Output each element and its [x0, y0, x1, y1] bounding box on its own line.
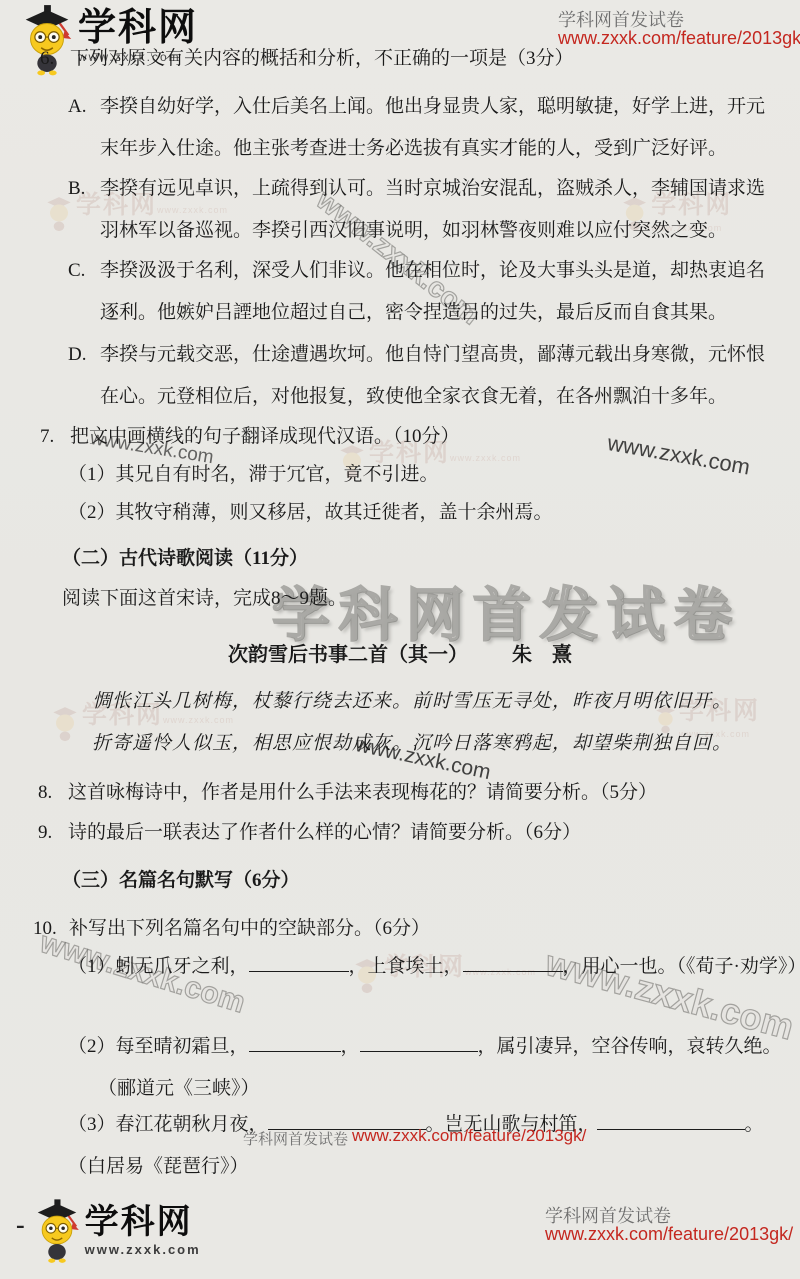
- logo-site-text: 学科网: [85, 1204, 201, 1240]
- zxxk-logo-footer: - 学科网 www.zxxk.com: [16, 1196, 201, 1264]
- option-text: 李揆有远见卓识，上疏得到认可。当时京城治安混乱，盗贼杀人，李辅国请求选羽林军以备…: [100, 168, 774, 252]
- item-text: （2）每至晴初霜旦，: [68, 1036, 249, 1057]
- item-text: ，: [341, 1036, 360, 1057]
- answer-blank: [249, 1036, 341, 1052]
- question-7: 7. 把文中画横线的句子翻译成现代汉语。（10分）: [40, 424, 780, 450]
- option-a: A. 李揆自幼好学，入仕后美名上闻。他出身显贵人家，聪明敏捷，好学上进，开元末年…: [68, 86, 774, 170]
- logo-url-text: www.zxxk.com: [85, 1242, 201, 1257]
- option-d: D. 李揆与元载交恶，仕途遭遇坎坷。他自恃门望高贵，鄙薄元载出身寒微，元怀恨在心…: [68, 334, 774, 418]
- item-text: ，用心一也。（《荀子·劝学》）: [563, 956, 800, 977]
- poem-author: 朱 熹: [512, 644, 572, 666]
- question-6: 6. 下列对原文有关内容的概括和分析，不正确的一项是（3分）: [40, 46, 780, 72]
- question-10: 10. 补写出下列名篇名句中的空缺部分。（6分）: [33, 916, 779, 942]
- watermark-url-text: www.zxxk.com: [163, 715, 234, 725]
- question-10-item-2: （2）每至晴初霜旦，，，属引凄异，空谷传响，哀转久绝。（郦道元《三峡》）: [68, 1026, 800, 1110]
- answer-blank: [463, 956, 563, 972]
- item-text: ，上食埃土，: [349, 956, 463, 977]
- section-2-intro: 阅读下面这首宋诗，完成8～9题。: [62, 586, 347, 612]
- question-number: 7.: [40, 424, 70, 450]
- question-7-sub-2: （2）其牧守稍薄，则又移居，故其迁徙者，盖十余州焉。: [68, 500, 553, 526]
- poem-title: 次韵雪后书事二首（其一）: [228, 644, 468, 666]
- mascot-icon: [48, 702, 82, 744]
- answer-blank: [268, 1114, 426, 1130]
- question-8: 8. 这首咏梅诗中，作者是用什么手法来表现梅花的？请简要分析。（5分）: [38, 780, 778, 806]
- option-label: C.: [68, 250, 100, 334]
- watermark-url-text: www.zxxk.com: [450, 453, 521, 463]
- poem-line-1: 惆怅江头几树梅，杖藜行绕去还来。前时雪压无寻处，昨夜月明依旧开。: [92, 686, 732, 713]
- logo-dash: -: [16, 1210, 25, 1240]
- item-text: 。岂无山歌与村笛，: [426, 1114, 597, 1135]
- section-3-title: （三）名篇名句默写（6分）: [62, 868, 300, 894]
- question-stem: 补写出下列名篇名句中的空缺部分。（6分）: [69, 916, 430, 942]
- question-9: 9. 诗的最后一联表达了作者什么样的心情？请简要分析。（6分）: [38, 820, 778, 846]
- section-2-title: （二）古代诗歌阅读（11分）: [62, 546, 308, 572]
- question-10-item-3: （3）春江花朝秋月夜，。岂无山歌与村笛，。 （白居易《琵琶行》）: [68, 1104, 800, 1188]
- exam-page: 学科网www.zxxk.com 学科网www.zxxk.com 学科网www.z…: [0, 0, 800, 1279]
- item-text: 。: [745, 1114, 764, 1135]
- item-source: （白居易《琵琶行》）: [98, 1146, 800, 1188]
- option-label: D.: [68, 334, 100, 418]
- question-7-sub-1: （1）其兄自有时名，滞于冗官，竟不引进。: [68, 462, 439, 488]
- question-stem: 这首咏梅诗中，作者是用什么手法来表现梅花的？请简要分析。（5分）: [68, 780, 657, 806]
- option-c: C. 李揆汲汲于名利，深受人们非议。他在相位时，论及大事头头是道，却热衷追名逐利…: [68, 250, 774, 334]
- item-text: （3）春江花朝秋月夜，: [68, 1114, 268, 1135]
- option-label: B.: [68, 168, 100, 252]
- question-stem: 诗的最后一联表达了作者什么样的心情？请简要分析。（6分）: [68, 820, 581, 846]
- answer-blank: [597, 1114, 745, 1130]
- question-number: 8.: [38, 780, 68, 806]
- option-label: A.: [68, 86, 100, 170]
- question-stem: 把文中画横线的句子翻译成现代汉语。（10分）: [70, 424, 460, 450]
- option-b: B. 李揆有远见卓识，上疏得到认可。当时京城治安混乱，盗贼杀人，李辅国请求选羽林…: [68, 168, 774, 252]
- option-text: 李揆汲汲于名利，深受人们非议。他在相位时，论及大事头头是道，却热衷追名逐利。他嫉…: [100, 250, 774, 334]
- poem-line-2: 折寄遥怜人似玉，相思应恨劫成灰。沉吟日落寒鸦起，却望柴荆独自回。: [92, 728, 732, 755]
- logo-site-text: 学科网: [78, 8, 198, 48]
- question-number: 10.: [33, 916, 69, 942]
- question-stem: 下列对原文有关内容的概括和分析，不正确的一项是（3分）: [70, 46, 574, 72]
- option-text: 李揆自幼好学，入仕后美名上闻。他出身显贵人家，聪明敏捷，好学上进，开元末年步入仕…: [100, 86, 774, 170]
- footer-feature-url: www.zxxk.com/feature/2013gk/: [545, 1224, 793, 1245]
- answer-blank: [360, 1036, 478, 1052]
- question-10-item-1: （1）蚓无爪牙之利，，上食埃土，，用心一也。（《荀子·劝学》）: [68, 946, 800, 988]
- item-text: （1）蚓无爪牙之利，: [68, 956, 249, 977]
- poem-heading: 次韵雪后书事二首（其一） 朱 熹: [0, 638, 800, 667]
- question-number: 9.: [38, 820, 68, 846]
- answer-blank: [249, 956, 349, 972]
- mascot-icon: [29, 1196, 85, 1264]
- question-number: 6.: [40, 46, 70, 72]
- option-text: 李揆与元载交恶，仕途遭遇坎坷。他自恃门望高贵，鄙薄元载出身寒微，元怀恨在心。元登…: [100, 334, 774, 418]
